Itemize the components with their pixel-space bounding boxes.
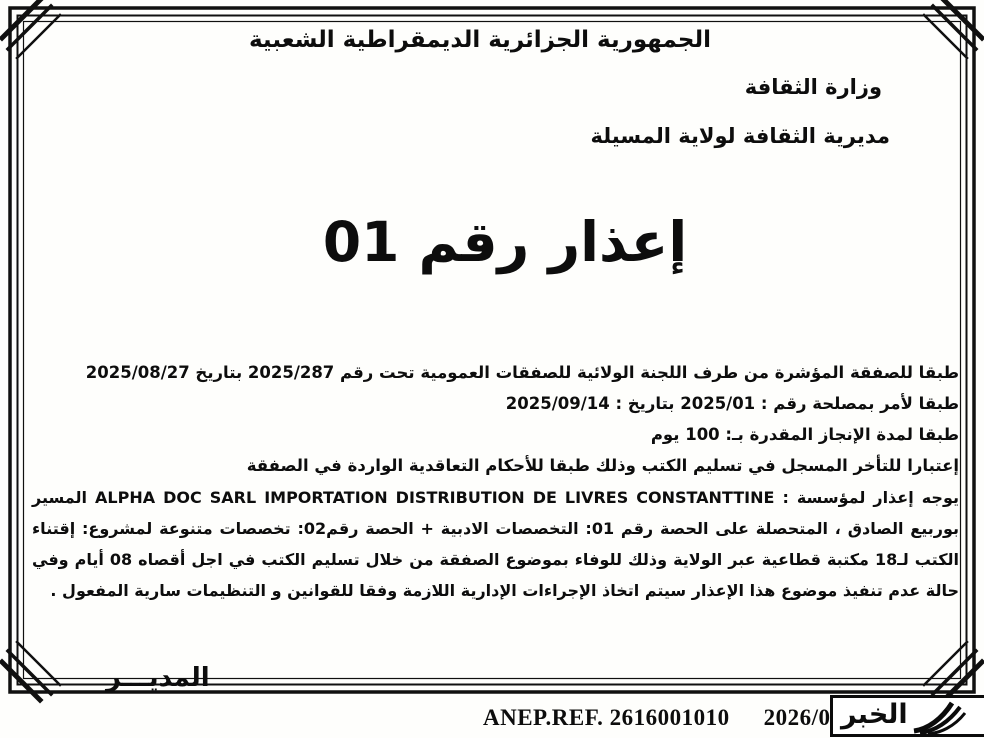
clause-line-duration: طبقا لمدة الإنجاز المقدرة بـ: 100 يوم: [32, 419, 959, 450]
anep-ref-text: ANEP.REF. 2616001010: [483, 705, 730, 730]
logo-swoosh-icon: [912, 697, 966, 735]
anep-reference-line: ANEP.REF. 26160010102026/01/19: [483, 705, 873, 731]
directorate-line: مديرية الثقافة لولاية المسيلة: [591, 124, 891, 148]
el-khabar-logo-text: الخبر: [841, 701, 908, 728]
notice-body: طبقا للصفقة المؤشرة من طرف اللجنة الولائ…: [32, 357, 959, 606]
notice-title: إعذار رقم 01: [13, 207, 984, 279]
ministry-line: وزارة الثقافة: [745, 75, 882, 99]
clause-line-service-order: طبقا لأمر بمصلحة رقم : 2025/01 بتاريخ : …: [32, 388, 959, 419]
republic-header: الجمهورية الجزائرية الديمقراطية الشعبية: [0, 27, 960, 53]
clause-line-delay: إعتبارا للتأخر المسجل في تسليم الكتب وذل…: [32, 450, 959, 481]
director-signature-label: المديـــر: [106, 663, 210, 693]
el-khabar-newspaper-logo: الخبر: [830, 695, 984, 737]
notice-paragraph: يوجه إعذار لمؤسسة : ALPHA DOC SARL IMPOR…: [32, 482, 959, 606]
scanned-notice-document: الجمهورية الجزائرية الديمقراطية الشعبية …: [0, 0, 984, 738]
clause-line-contract: طبقا للصفقة المؤشرة من طرف اللجنة الولائ…: [32, 357, 959, 388]
